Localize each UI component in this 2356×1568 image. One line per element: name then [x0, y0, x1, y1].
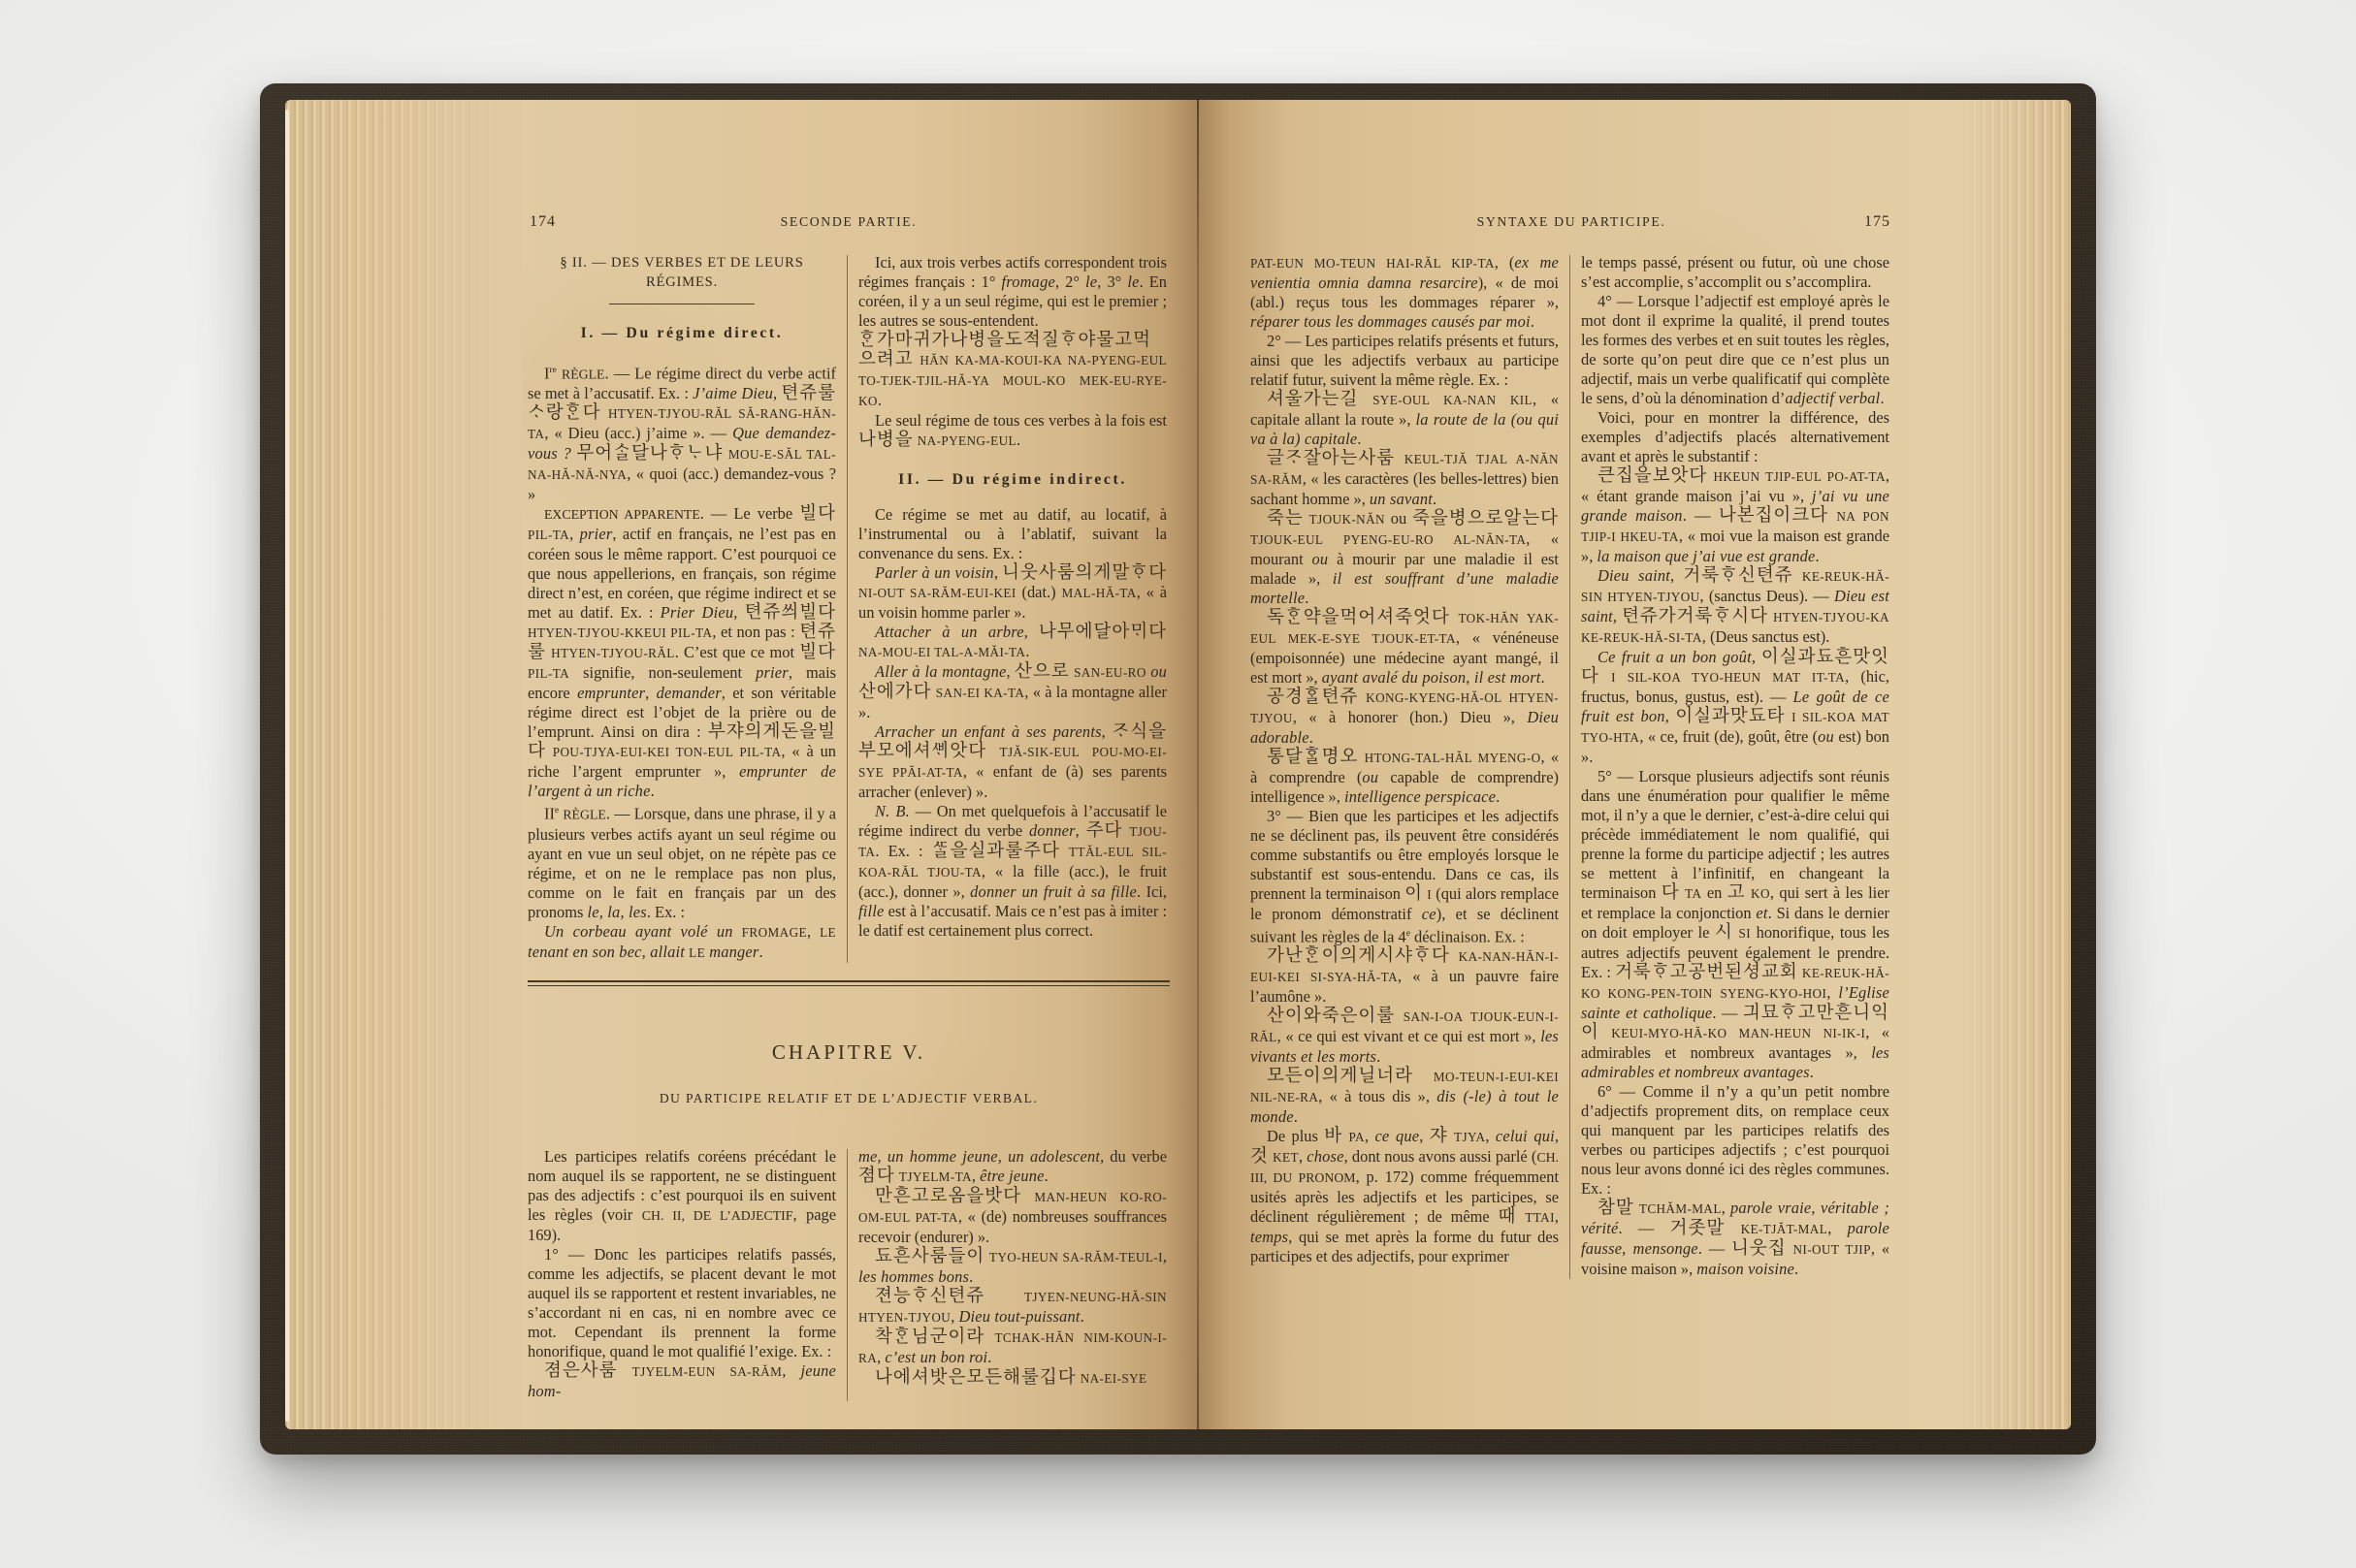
- left-bottom-column-2: me, un homme jeune, un adolescent, du ve…: [858, 1147, 1167, 1401]
- left-top-section: § II. — DES VERBES ET DE LEURS RÉGIMES.I…: [528, 253, 1170, 963]
- left-page-header: 174 SECONDE PARTIE.: [528, 212, 1170, 236]
- paragraph: 2° — Les participes relatifs présents et…: [1250, 332, 1559, 390]
- right-column-2: le temps passé, présent ou futur, où une…: [1581, 253, 1889, 1279]
- chapter-title: CHAPITRE V.: [528, 1042, 1170, 1062]
- paragraph: 모든이의게닐너라 MO-TEUN-I-EUI-KEI NIL-NE-RA, « …: [1250, 1067, 1559, 1127]
- paragraph: 착ᄒᆞᆫ님군이라 TCHAK-HĂN NIM-KOUN-I-RA, c’est …: [858, 1328, 1167, 1368]
- left-bottom-section: Les participes relatifs coréens précédan…: [528, 1147, 1170, 1401]
- book-cover: 174 SECONDE PARTIE. § II. — DES VERBES E…: [260, 83, 2096, 1455]
- right-section: PAT-EUN MO-TEUN HAI-RĂL KIP-TA, (ex me v…: [1250, 253, 1892, 1279]
- paragraph: 큰집을보앗다 HKEUN TJIP-EUL PO-AT-TA, « étant …: [1581, 466, 1889, 566]
- paragraph: De plus 바 PA, ce que, 쟈 TJYA, celui qui,…: [1250, 1127, 1559, 1266]
- left-column-1: § II. — DES VERBES ET DE LEURS RÉGIMES.I…: [528, 253, 836, 963]
- paragraph: 독ᄒᆞᆫ약을먹어셔죽엇다 TOK-HĂN YAK-EUL MEK-E-SYE T…: [1250, 608, 1559, 688]
- paragraph: Ire RÈGLE. — Le régime direct du verbe a…: [528, 361, 836, 504]
- paragraph: me, un homme jeune, un adolescent, du ve…: [858, 1147, 1167, 1187]
- paragraph: 셔울가는길 SYE-OUL KA-NAN KIL, « capitale all…: [1250, 390, 1559, 449]
- photo-background: 174 SECONDE PARTIE. § II. — DES VERBES E…: [0, 0, 2356, 1568]
- right-page-content: SYNTAXE DU PARTICIPE. 175 PAT-EUN MO-TEU…: [1250, 212, 1892, 1279]
- page-spread: 174 SECONDE PARTIE. § II. — DES VERBES E…: [285, 100, 2071, 1429]
- paragraph: Un corbeau ayant volé un FROMAGE, LE ten…: [528, 922, 836, 963]
- paragraph: N. B. — On met quelquefois à l’accusatif…: [858, 802, 1167, 941]
- paragraph: Ce fruit a un bon goût, 이실과됴흔맛잇다 I SIL-K…: [1581, 648, 1889, 767]
- chapter-heading-block: CHAPITRE V. DU PARTICIPE RELATIF ET DE L…: [528, 980, 1170, 1108]
- paragraph: 4° — Lorsque l’adjectif est employé aprè…: [1581, 292, 1889, 408]
- paragraph: le temps passé, présent ou futur, où une…: [1581, 253, 1889, 292]
- paragraph: [609, 304, 755, 304]
- paragraph: IIe RÈGLE. — Lorsque, dans une phrase, i…: [528, 801, 836, 921]
- right-column-1: PAT-EUN MO-TEUN HAI-RĂL KIP-TA, (ex me v…: [1250, 253, 1559, 1279]
- right-page: SYNTAXE DU PARTICIPE. 175 PAT-EUN MO-TEU…: [1198, 100, 2071, 1429]
- paragraph: 됴흔사룸들이 TYO-HEUN SA-RĂM-TEUL-I, les homme…: [858, 1247, 1167, 1287]
- paragraph: Arracher un enfant à ses parents, ᄌᆞ식을부모…: [858, 722, 1167, 802]
- paragraph: 3° — Bien que les participes et les adje…: [1250, 807, 1559, 946]
- paragraph: EXCEPTION APPARENTE. — Le verbe 빌다 PIL-T…: [528, 504, 836, 801]
- paragraph: Dieu saint, 거룩ᄒᆞ신텬쥬 KE-REUK-HĂ-SIN HTYEN…: [1581, 566, 1889, 648]
- paragraph: 통달ᄒᆞᆯ명오 HTONG-TAL-HĂL MYENG-O, « à compr…: [1250, 748, 1559, 807]
- paragraph: Ici, aux trois verbes actifs corresponde…: [858, 253, 1167, 331]
- chapter-subtitle: DU PARTICIPE RELATIF ET DE L’ADJECTIF VE…: [528, 1089, 1170, 1108]
- paragraph: Ce régime se met au datif, au locatif, à…: [858, 505, 1167, 563]
- paragraph: 가난ᄒᆞᆫ이의게시샤ᄒᆞ다 KA-NAN-HĂN-I-EUI-KEI SI-SY…: [1250, 946, 1559, 1007]
- column-divider: [1569, 255, 1570, 1279]
- paragraph: Le seul régime de tous ces verbes à la f…: [858, 411, 1167, 451]
- paragraph: 참말 TCHĂM-MAL, parole vraie, véritable ; …: [1581, 1199, 1889, 1279]
- paragraph: 죽는 TJOUK-NĂN ou 죽을병으로알는다 TJOUK-EUL PYENG…: [1250, 509, 1559, 608]
- paragraph: § II. — DES VERBES ET DE LEURS RÉGIMES.: [528, 253, 836, 292]
- paragraph: 산이와죽은이룰 SAN-I-OA TJOUK-EUN-I-RĂL, « ce q…: [1250, 1007, 1559, 1067]
- left-page-content: 174 SECONDE PARTIE. § II. — DES VERBES E…: [528, 212, 1170, 1401]
- column-divider: [847, 1149, 848, 1401]
- paragraph: 졈은사룸 TJYELM-EUN SA-RĂM, jeune hom-: [528, 1361, 836, 1401]
- paragraph: ᄒᆞᆫ가마귀가나병을도적질ᄒᆞ야물고먹으려고 HĂN KA-MA-KOUI-KA…: [858, 331, 1167, 411]
- paragraph: 공경ᄒᆞᆯ텬쥬 KONG-KYENG-HĂ-OL HTYEN-TJYOU, « …: [1250, 688, 1559, 748]
- paragraph: Parler à un voisin, 니웃사룸의게말ᄒᆞ다 NI-OUT SA…: [858, 563, 1167, 623]
- page-edges-left: [285, 100, 523, 1429]
- running-head: SECONDE PARTIE.: [528, 212, 1170, 232]
- paragraph: 나에셔밧은모든해룰깁다 NA-EI-SYE: [858, 1368, 1167, 1389]
- left-page: 174 SECONDE PARTIE. § II. — DES VERBES E…: [285, 100, 1198, 1429]
- paragraph: Les participes relatifs coréens précédan…: [528, 1147, 836, 1245]
- page-number: 175: [1864, 212, 1890, 232]
- right-page-header: SYNTAXE DU PARTICIPE. 175: [1250, 212, 1892, 236]
- paragraph: Voici, pour en montrer la différence, de…: [1581, 408, 1889, 466]
- paragraph: PAT-EUN MO-TEUN HAI-RĂL KIP-TA, (ex me v…: [1250, 253, 1559, 332]
- paper-sliver: [285, 110, 289, 1422]
- column-divider: [847, 255, 848, 963]
- left-column-2: Ici, aux trois verbes actifs corresponde…: [858, 253, 1167, 963]
- page-number: 174: [530, 212, 556, 232]
- paragraph: I. — Du régime direct.: [528, 324, 836, 343]
- paragraph: 6° — Comme il n’y a qu’un petit nombre d…: [1581, 1082, 1889, 1199]
- section-rule: [528, 980, 1170, 986]
- paragraph: 젼능ᄒᆞ신텬쥬 TJYEN-NEUNG-HĂ-SIN HTYEN-TJYOU, …: [858, 1287, 1167, 1328]
- page-edges-right: [1954, 100, 2071, 1429]
- paragraph: Attacher à un arbre, 나무에달아ᄆᆡ다 NA-MOU-EI …: [858, 623, 1167, 662]
- left-bottom-column-1: Les participes relatifs coréens précédan…: [528, 1147, 836, 1401]
- paragraph: II. — Du régime indirect.: [858, 470, 1167, 490]
- paragraph: Aller à la montagne, 산으로 SAN-EU-RO ou 산에…: [858, 662, 1167, 722]
- paragraph: 1° — Donc les participes relatifs passés…: [528, 1245, 836, 1361]
- running-head: SYNTAXE DU PARTICIPE.: [1250, 212, 1892, 232]
- paragraph: 만흔고로옴을밧다 MAN-HEUN KO-RO-OM-EUL PAT-TA, «…: [858, 1187, 1167, 1247]
- paragraph: 5° — Lorsque plusieurs adjectifs sont ré…: [1581, 767, 1889, 1082]
- book-gutter: [1197, 100, 1199, 1429]
- paragraph: 글ᄌᆞ잘아는사룸 KEUL-TJĂ TJAL A-NĂN SA-RĂM, « l…: [1250, 449, 1559, 509]
